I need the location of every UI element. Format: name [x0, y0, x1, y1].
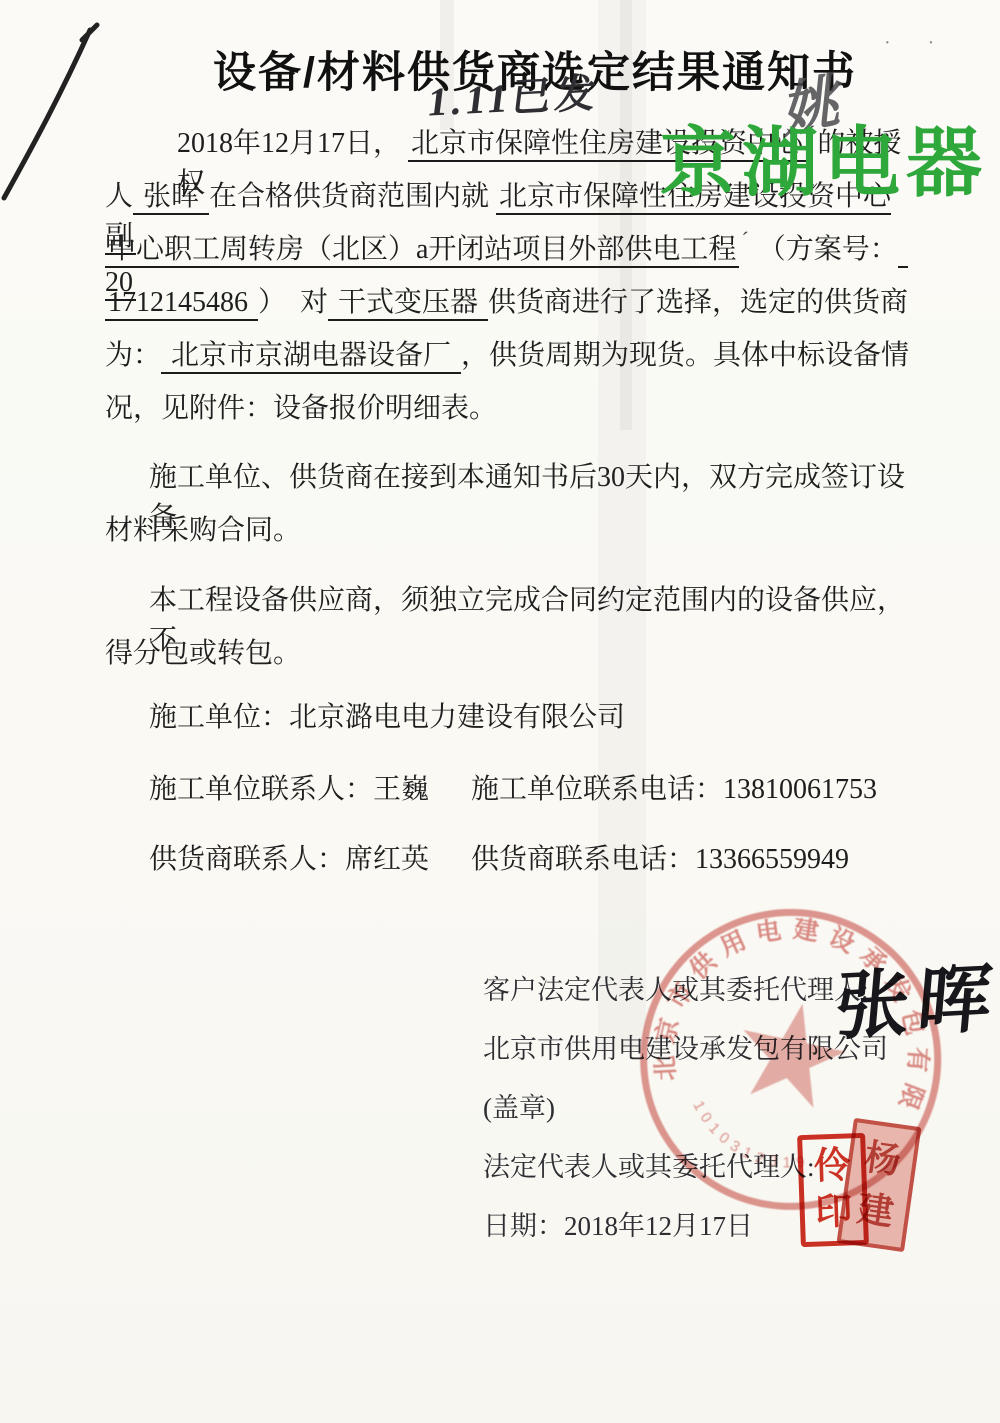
doc-line: 本工程设备供应商，须独立完成合同约定范围内的设备供应，不 [105, 578, 920, 631]
doc-line: 得分包或转包。 [105, 631, 920, 684]
text-run: ，供货周期为现货。具体中标设备情 [461, 340, 909, 371]
builder-name: 施工单位：北京潞电电力建设有限公司 [149, 702, 625, 733]
blank-supplier-name: 北京市京湖电器设备厂 [161, 340, 461, 374]
doc-line: 材料采购合同。 [105, 508, 920, 561]
doc-line: 为： 北京市京湖电器设备厂 ，供货周期为现货。具体中标设备情 [105, 333, 920, 386]
blank-scheme-number-b: 1712145486 [105, 287, 258, 321]
date-text: 2018年12月17日， [177, 128, 408, 159]
blank-agent-name: 张晖 [133, 181, 209, 215]
handwritten-note: 1.11已发 [425, 61, 604, 127]
builder-contact-phone: 施工单位联系电话：13810061753 [471, 774, 877, 805]
tick-mark: ˊ [739, 227, 750, 252]
supplier-contact-line: 供货商联系人：席红英供货商联系电话：13366559949 [105, 837, 920, 890]
doc-line: 况，见附件：设备报价明细表。 [105, 386, 920, 439]
square-seal-front: 伶印 [797, 1133, 869, 1247]
doc-line: 施工单位、供货商在接到本通知书后30天内，双方完成签订设备 [105, 455, 920, 508]
seal-company-text: 北京市供用电建设承发包有限公司 [605, 867, 967, 1137]
scanned-document-page: 设备/材料供货商选定结果通知书 · · 1.11已发 姚 京湖电器 2018年1… [0, 0, 1000, 1423]
supplier-contact-person: 供货商联系人：席红英 [149, 844, 429, 875]
text-run: 材料采购合同。 [105, 515, 301, 546]
title-smudge-dots: · · [884, 32, 950, 55]
text-run: 供货商进行了选择，选定的供货商 [488, 287, 908, 318]
contact-info: 施工单位：北京潞电电力建设有限公司 施工单位联系人：王巍施工单位联系电话：138… [105, 695, 920, 890]
pen-stroke-mark [0, 0, 120, 220]
blank-equipment-type: 干式变压器 [328, 287, 488, 321]
seal-star-icon [731, 993, 854, 1112]
text-run: 为： [105, 340, 161, 371]
doc-line: 1712145486 ） 对 干式变压器 供货商进行了选择，选定的供货商 [105, 280, 920, 333]
builder-contact-person: 施工单位联系人：王巍 [149, 774, 429, 805]
seal-front-chars: 伶印 [812, 1143, 854, 1237]
paragraph-3: 本工程设备供应商，须独立完成合同约定范围内的设备供应，不 得分包或转包。 [105, 578, 920, 684]
supplier-contact-phone: 供货商联系电话：13366559949 [471, 844, 849, 875]
svg-text:北京市供用电建设承发包有限公司: 北京市供用电建设承发包有限公司 [605, 867, 967, 1137]
blank-project-name-b: 中心职工周转房（北区）a开闭站项目外部供电工程 [105, 234, 739, 268]
text-run: （方案号： [751, 234, 898, 265]
text-run: 况，见附件：设备报价明细表。 [105, 393, 497, 424]
doc-line: 中心职工周转房（北区）a开闭站项目外部供电工程ˊ （方案号： 20 [105, 227, 920, 280]
text-run: 得分包或转包。 [105, 638, 301, 669]
paragraph-2: 施工单位、供货商在接到本通知书后30天内，双方完成签订设备 材料采购合同。 [105, 455, 920, 561]
watermark-jinghu-dianqi: 京湖电器 [660, 126, 988, 202]
text-run: 在合格供货商范围内就 [209, 181, 496, 212]
round-company-seal: 北京市供用电建设承发包有限公司 1010312319 [597, 867, 988, 1258]
builder-line: 施工单位：北京潞电电力建设有限公司 [105, 695, 920, 748]
builder-contact-line: 施工单位联系人：王巍施工单位联系电话：13810061753 [105, 767, 920, 820]
text-run: ） 对 [258, 287, 328, 318]
